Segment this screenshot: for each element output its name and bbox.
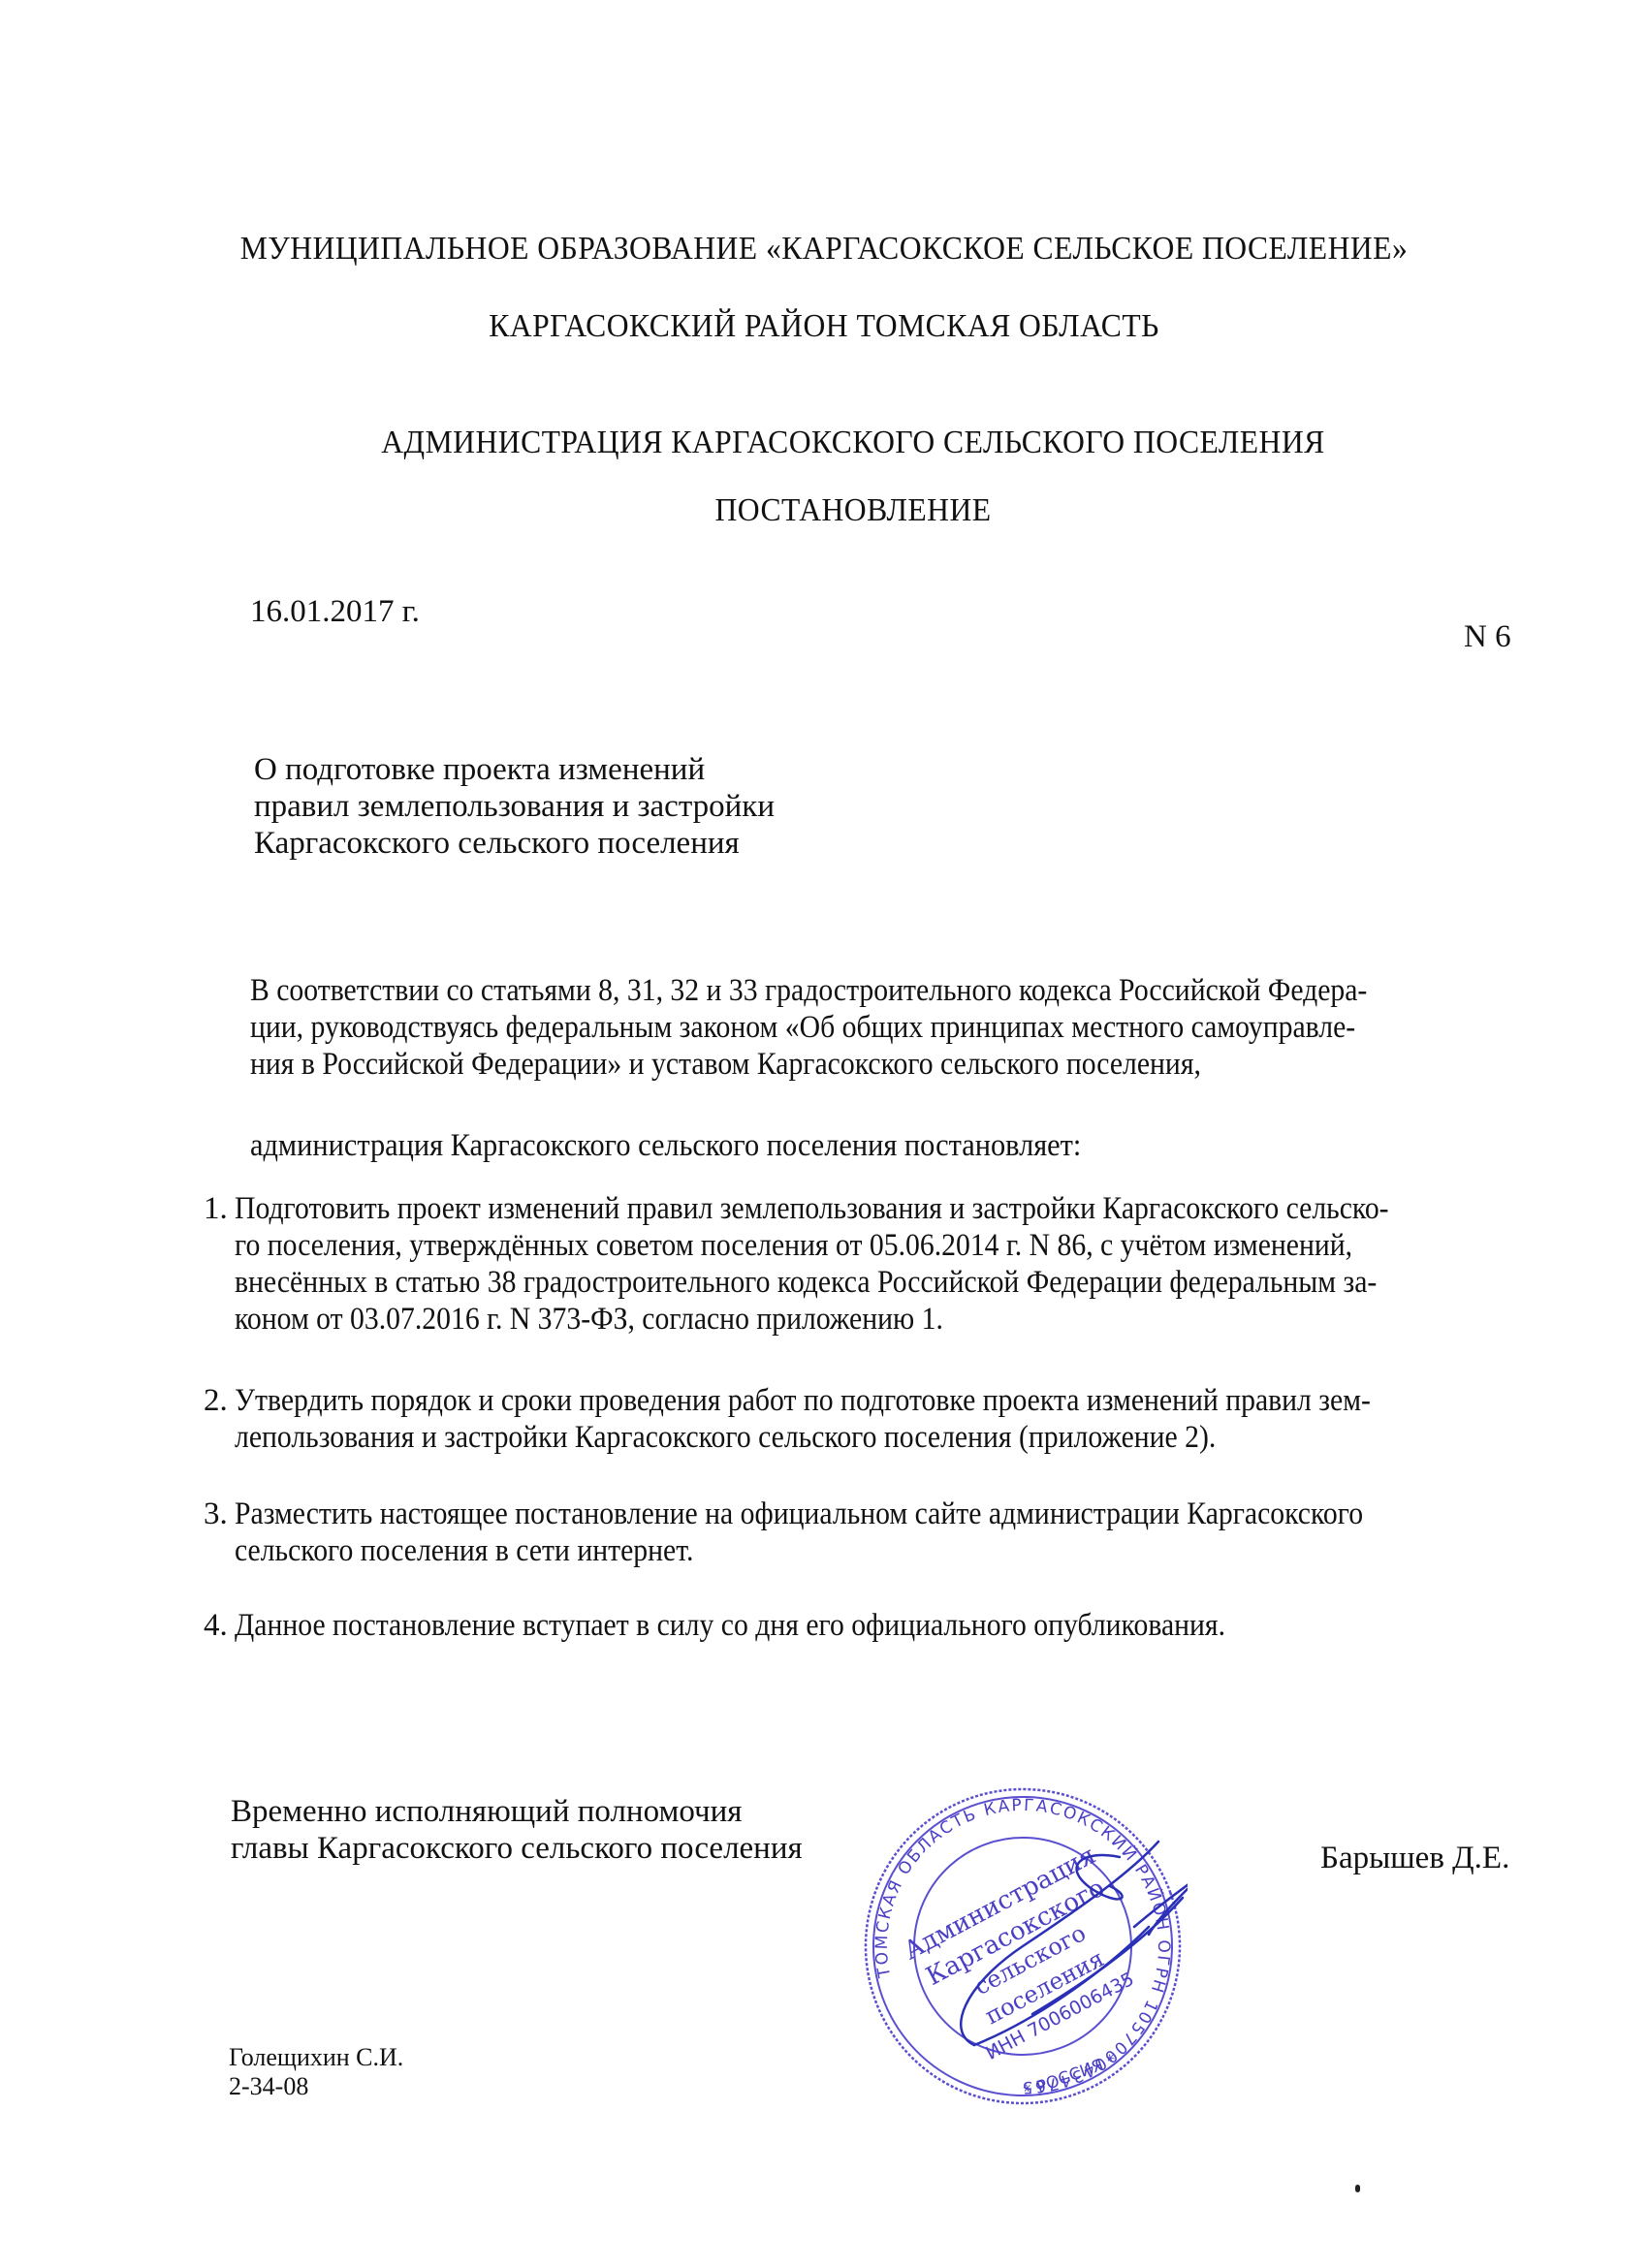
header-municipality: МУНИЦИПАЛЬНОЕ ОБРАЗОВАНИЕ «КАРГАСОКСКОЕ … xyxy=(58,231,1591,268)
preamble-line: ции, руководствуясь федеральным законом … xyxy=(250,1009,1367,1046)
resolution-items: 1. Подготовить проект изменений правил з… xyxy=(204,1190,1580,1820)
item-text: Утвердить порядок и сроки проведения раб… xyxy=(235,1382,1596,1456)
executor-phone: 2-34-08 xyxy=(229,2072,403,2101)
header-district: КАРГАСОКСКИЙ РАЙОН ТОМСКАЯ ОБЛАСТЬ xyxy=(58,308,1591,345)
official-stamp: ТОМСКАЯ ОБЛАСТЬ КАРГАСОКСКИЙ РАЙОН ОГРН … xyxy=(858,1781,1188,2111)
signatory-position-line: главы Каргасокского сельского поселения xyxy=(231,1830,803,1867)
preamble-line: В соответствии со статьями 8, 31, 32 и 3… xyxy=(250,972,1367,1009)
preamble-line: ния в Российской Федерации» и уставом Ка… xyxy=(250,1046,1367,1083)
document-subject: О подготовке проекта изменений правил зе… xyxy=(254,751,775,862)
item-text: Подготовить проект изменений правил земл… xyxy=(235,1190,1596,1338)
document-type-title: ПОСТАНОВЛЕНИЕ xyxy=(87,492,1620,529)
executor-name: Голещихин С.И. xyxy=(229,2043,403,2072)
subject-line: правил землепользования и застройки xyxy=(254,788,775,825)
item-text: Разместить настоящее постановление на оф… xyxy=(235,1496,1596,1569)
subject-line: Каргасокского сельского поселения xyxy=(254,825,775,862)
item-text: Данное постановление вступает в силу со … xyxy=(235,1607,1596,1644)
header-administration: АДМИНИСТРАЦИЯ КАРГАСОКСКОГО СЕЛЬСКОГО ПО… xyxy=(87,425,1620,461)
signatory-name: Барышев Д.Е. xyxy=(1320,1840,1509,1876)
item-number: 1. xyxy=(204,1190,228,1227)
item-number: 2. xyxy=(204,1382,228,1419)
signatory-position: Временно исполняющий полномочия главы Ка… xyxy=(231,1793,803,1867)
document-number: N 6 xyxy=(1464,618,1511,655)
resolves-line: администрация Каргасокского сельского по… xyxy=(250,1127,1081,1164)
preamble: В соответствии со статьями 8, 31, 32 и 3… xyxy=(250,972,1491,1083)
executor-info: Голещихин С.И. 2-34-08 xyxy=(229,2043,403,2101)
item-number: 3. xyxy=(204,1496,228,1532)
stamp-seal-icon: ТОМСКАЯ ОБЛАСТЬ КАРГАСОКСКИЙ РАЙОН ОГРН … xyxy=(858,1781,1188,2111)
item-number: 4. xyxy=(204,1607,228,1644)
document-date: 16.01.2017 г. xyxy=(250,593,420,630)
scan-artifact xyxy=(1355,2185,1360,2192)
subject-line: О подготовке проекта изменений xyxy=(254,751,775,788)
signatory-position-line: Временно исполняющий полномочия xyxy=(231,1793,803,1830)
